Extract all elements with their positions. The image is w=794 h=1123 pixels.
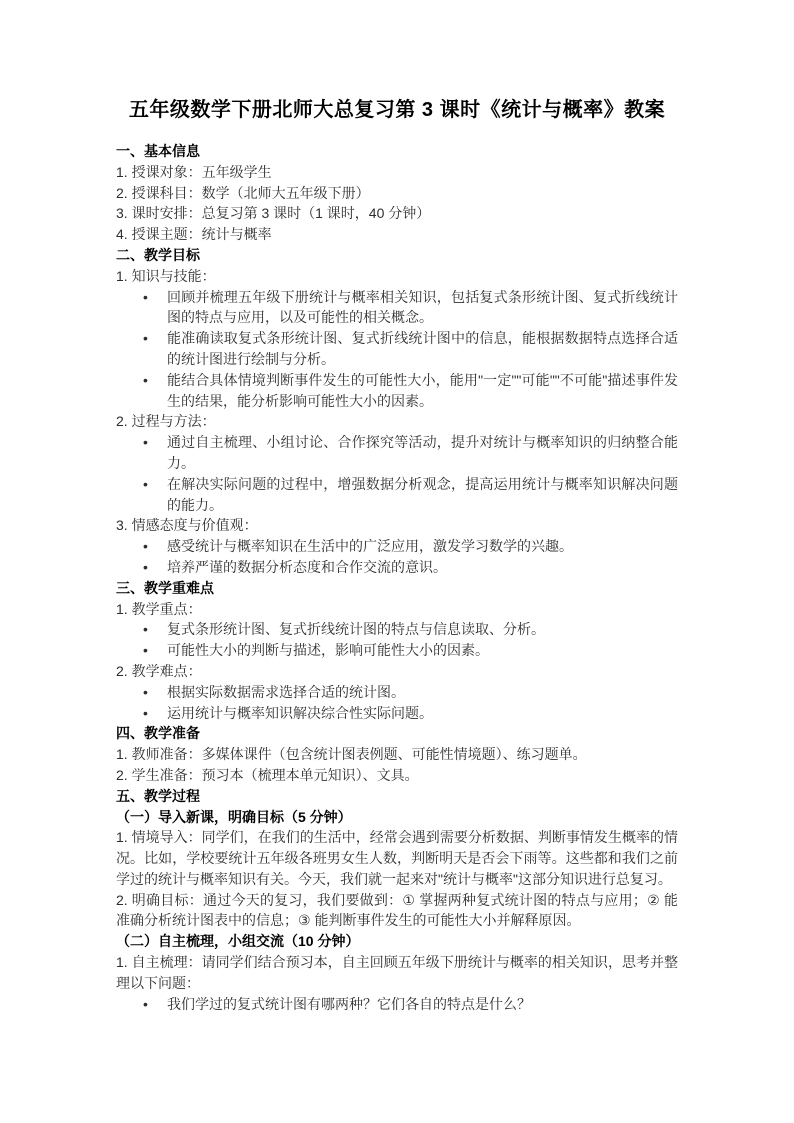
bullet-text: 复式条形统计图、复式折线统计图的特点与信息读取、分析。 [167,621,545,637]
document-page: 五年级数学下册北师大总复习第 3 课时《统计与概率》教案 一、基本信息 1. 授… [0,0,794,1123]
section-teaching-goals: 二、教学目标 1. 知识与技能： • 回顾并梳理五年级下册统计与概率相关知识，包… [116,245,678,578]
section-teaching-process: 五、教学过程 （一）导入新课，明确目标（5 分钟） 1. 情境导入：同学们，在我… [116,786,678,1015]
bullet-item: • 根据实际数据需求选择合适的统计图。 [116,682,678,703]
numbered-item: 2. 学生准备：预习本（梳理本单元知识）、文具。 [116,765,678,786]
section-heading: 二、教学目标 [116,245,678,266]
paragraph: 1. 自主梳理：请同学们结合预习本，自主回顾五年级下册统计与概率的相关知识，思考… [116,952,678,994]
bullet-item: • 回顾并梳理五年级下册统计与概率相关知识，包括复式条形统计图、复式折线统计图的… [116,287,678,329]
section-key-difficult-points: 三、教学重难点 1. 教学重点： • 复式条形统计图、复式折线统计图的特点与信息… [116,578,678,724]
bullet-marker: • [143,994,148,1015]
section-heading: 四、教学准备 [116,723,678,744]
paragraph: 2. 明确目标：通过今天的复习，我们要做到：① 掌握两种复式统计图的特点与应用；… [116,890,678,932]
bullet-item: • 我们学过的复式统计图有哪两种？它们各自的特点是什么？ [116,994,678,1015]
paragraph: 1. 情境导入：同学们，在我们的生活中，经常会遇到需要分析数据、判断事情发生概率… [116,827,678,889]
bullet-text: 感受统计与概率知识在生活中的广泛应用，激发学习数学的兴趣。 [167,538,573,554]
numbered-item: 4. 授课主题：统计与概率 [116,224,678,245]
numbered-item: 2. 教学难点： [116,661,678,682]
bullet-item: • 可能性大小的判断与描述，影响可能性大小的因素。 [116,640,678,661]
section-teaching-preparation: 四、教学准备 1. 教师准备：多媒体课件（包含统计图表例题、可能性情境题）、练习… [116,723,678,785]
bullet-marker: • [143,474,148,495]
section-heading: 一、基本信息 [116,141,678,162]
bullet-text: 回顾并梳理五年级下册统计与概率相关知识，包括复式条形统计图、复式折线统计图的特点… [167,289,678,326]
bullet-text: 我们学过的复式统计图有哪两种？它们各自的特点是什么？ [167,996,531,1012]
bullet-item: • 能准确读取复式条形统计图、复式折线统计图中的信息，能根据数据特点选择合适的统… [116,328,678,370]
subsection-heading: （一）导入新课，明确目标（5 分钟） [116,807,678,828]
bullet-marker: • [143,619,148,640]
document-content: 五年级数学下册北师大总复习第 3 课时《统计与概率》教案 一、基本信息 1. 授… [116,96,678,1014]
bullet-marker: • [143,287,148,308]
numbered-item: 2. 过程与方法： [116,411,678,432]
bullet-text: 运用统计与概率知识解决综合性实际问题。 [167,705,433,721]
bullet-text: 能准确读取复式条形统计图、复式折线统计图中的信息，能根据数据特点选择合适的统计图… [167,330,678,367]
bullet-item: • 运用统计与概率知识解决综合性实际问题。 [116,703,678,724]
numbered-item: 3. 情感态度与价值观： [116,515,678,536]
section-heading: 五、教学过程 [116,786,678,807]
bullet-item: • 在解决实际问题的过程中，增强数据分析观念，提高运用统计与概率知识解决问题的能… [116,474,678,516]
bullet-item: • 复式条形统计图、复式折线统计图的特点与信息读取、分析。 [116,619,678,640]
section-basic-info: 一、基本信息 1. 授课对象：五年级学生 2. 授课科目：数学（北师大五年级下册… [116,141,678,245]
numbered-item: 1. 知识与技能： [116,266,678,287]
bullet-marker: • [143,328,148,349]
bullet-item: • 能结合具体情境判断事件发生的可能性大小，能用"一定""可能""不可能"描述事… [116,370,678,412]
bullet-text: 通过自主梳理、小组讨论、合作探究等活动，提升对统计与概率知识的归纳整合能力。 [167,434,678,471]
bullet-marker: • [143,557,148,578]
bullet-text: 在解决实际问题的过程中，增强数据分析观念，提高运用统计与概率知识解决问题的能力。 [167,476,678,513]
bullet-marker: • [143,432,148,453]
bullet-marker: • [143,640,148,661]
numbered-item: 3. 课时安排：总复习第 3 课时（1 课时，40 分钟） [116,203,678,224]
numbered-item: 1. 教师准备：多媒体课件（包含统计图表例题、可能性情境题）、练习题单。 [116,744,678,765]
subsection-heading: （二）自主梳理，小组交流（10 分钟） [116,931,678,952]
bullet-text: 可能性大小的判断与描述，影响可能性大小的因素。 [167,642,489,658]
bullet-marker: • [143,682,148,703]
numbered-item: 1. 授课对象：五年级学生 [116,162,678,183]
bullet-marker: • [143,703,148,724]
bullet-item: • 感受统计与概率知识在生活中的广泛应用，激发学习数学的兴趣。 [116,536,678,557]
bullet-text: 培养严谨的数据分析态度和合作交流的意识。 [167,559,447,575]
bullet-item: • 培养严谨的数据分析态度和合作交流的意识。 [116,557,678,578]
bullet-text: 能结合具体情境判断事件发生的可能性大小，能用"一定""可能""不可能"描述事件发… [167,372,678,409]
bullet-text: 根据实际数据需求选择合适的统计图。 [167,684,405,700]
doc-title: 五年级数学下册北师大总复习第 3 课时《统计与概率》教案 [116,96,678,124]
numbered-item: 2. 授课科目：数学（北师大五年级下册） [116,183,678,204]
bullet-marker: • [143,370,148,391]
numbered-item: 1. 教学重点： [116,599,678,620]
bullet-item: • 通过自主梳理、小组讨论、合作探究等活动，提升对统计与概率知识的归纳整合能力。 [116,432,678,474]
section-heading: 三、教学重难点 [116,578,678,599]
bullet-marker: • [143,536,148,557]
